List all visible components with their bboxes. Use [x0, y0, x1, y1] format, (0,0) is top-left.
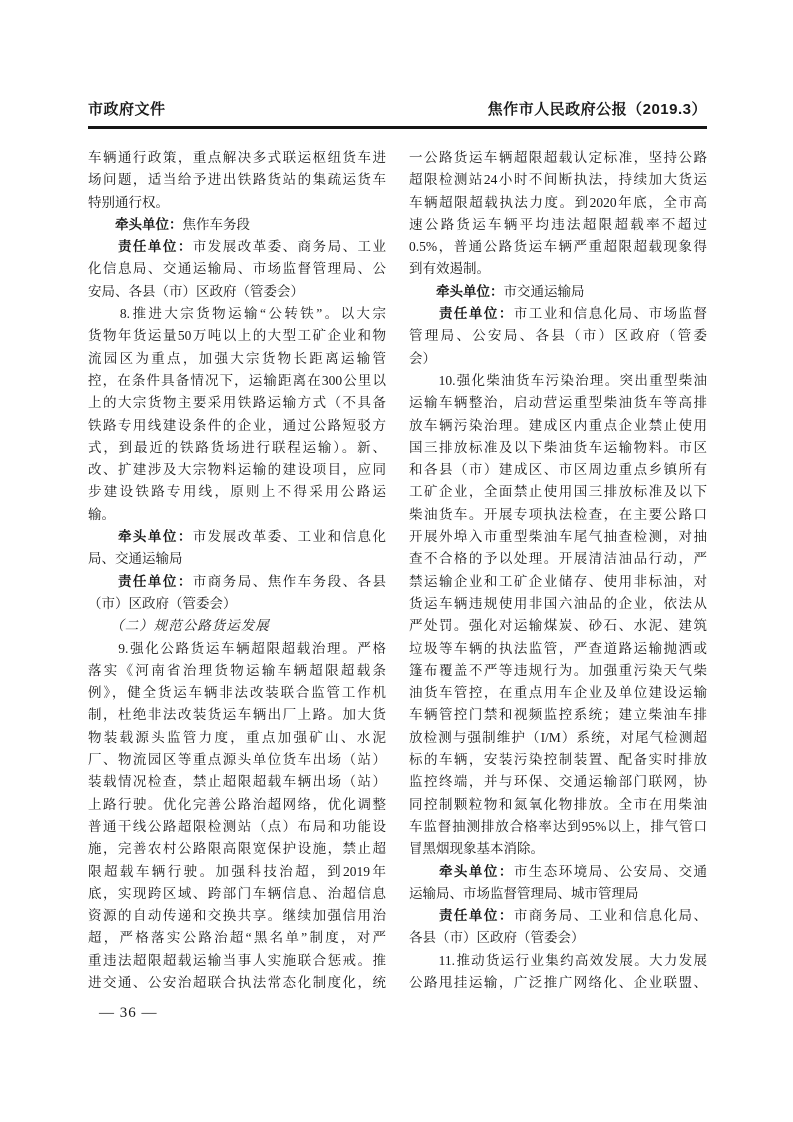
text-line: 式，到最近的铁路货场进行联程运输）。新、 — [88, 437, 386, 459]
text-line: 化信息局、交通运输局、市场监督管理局、公 — [88, 258, 386, 280]
text-line: 冒黑烟现象基本消除。 — [409, 838, 707, 860]
line-text: 市发展改革委、商务局、工业 — [193, 239, 386, 254]
text-line: 车辆超限超载执法力度。到2020年底，全市高 — [409, 192, 707, 214]
text-line: 限超载车辆行驶。加强科技治超，到2019年 — [88, 861, 386, 883]
org-label: 责任单位： — [409, 306, 514, 321]
text-line: 输。 — [88, 504, 386, 526]
text-line: 超限检测站24小时不间断执法，持续加大货运 — [409, 169, 707, 191]
line-text: 市生态环境局、公安局、交通 — [514, 864, 707, 879]
text-line: 各县（市）区政府（管委会） — [409, 927, 707, 949]
text-line: 底，实现跨区域、跨部门车辆信息、治超信息 — [88, 883, 386, 905]
org-label: 牵头单位： — [409, 284, 504, 299]
line-text: 市商务局、焦作车务段、各县 — [193, 574, 386, 589]
text-line: 车辆管控门禁和视频监控系统；建立柴油车排 — [409, 704, 707, 726]
text-line: 牵头单位：市发展改革委、工业和信息化 — [88, 526, 386, 548]
text-line: 和各县（市）建成区、市区周边重点乡镇所有 — [409, 459, 707, 481]
text-line: 开展外埠入市重型柴油车尾气抽查检测，对抽 — [409, 526, 707, 548]
org-label: 牵头单位： — [88, 529, 193, 544]
text-line: 厂、物流园区等重点源头单位货车出场（站） — [88, 749, 386, 771]
text-line: 责任单位：市工业和信息化局、市场监督 — [409, 303, 707, 325]
org-label: 责任单位： — [88, 574, 193, 589]
org-label: 牵头单位： — [409, 864, 514, 879]
text-line: 速公路货运车辆平均违法超限超载率不超过 — [409, 214, 707, 236]
text-line: （市）区政府（管委会） — [88, 593, 386, 615]
text-line: 标的车辆，安装污染控制装置、配备实时排放 — [409, 749, 707, 771]
gazette-page: 市政府文件 焦作市人民政府公报（2019.3） 车辆通行政策，重点解决多式联运枢… — [0, 0, 793, 1122]
text-line: 例》，健全货运车辆非法改装联合监管工作机 — [88, 682, 386, 704]
text-line: 上的大宗货物主要采用铁路运输方式（不具备 — [88, 392, 386, 414]
text-line: 油货车管控，在重点用车企业及单位建设运输 — [409, 682, 707, 704]
text-line: 牵头单位：市生态环境局、公安局、交通 — [409, 861, 707, 883]
text-line: 垃圾等车辆的执法监管，严查道路运输抛洒或 — [409, 638, 707, 660]
text-line: 篷布覆盖不严等违规行为。加强重污染天气柴 — [409, 660, 707, 682]
left-column: 车辆通行政策，重点解决多式联运枢纽货车进场问题，适当给予进出铁路货站的集疏运货车… — [88, 147, 386, 994]
text-line: 物装载源头监管力度，重点加强矿山、水泥 — [88, 727, 386, 749]
org-label: 责任单位： — [88, 239, 193, 254]
text-line: 会） — [409, 348, 707, 370]
text-line: 9.强化公路货运车辆超限超载治理。严格 — [88, 638, 386, 660]
text-line: 柴油货车。开展专项执法检查，在主要公路口 — [409, 504, 707, 526]
text-line: 施，完善农村公路限高限宽保护设施，禁止超 — [88, 838, 386, 860]
text-line: 上路行驶。优化完善公路治超网络，优化调整 — [88, 794, 386, 816]
text-line: 货运车辆违规使用非国六油品的企业，依法从 — [409, 593, 707, 615]
text-line: 严处罚。强化对运输煤炭、砂石、水泥、建筑 — [409, 615, 707, 637]
text-line: 管理局、公安局、各县（市）区政府（管委 — [409, 325, 707, 347]
text-line: 0.5%，普通公路货运车辆严重超限超载现象得 — [409, 236, 707, 258]
text-line: 车辆通行政策，重点解决多式联运枢纽货车进 — [88, 147, 386, 169]
text-line: 责任单位：市商务局、工业和信息化局、 — [409, 905, 707, 927]
text-line: 国三排放标准及以下柴油货车运输物料。市区 — [409, 437, 707, 459]
section-heading-line: （二）规范公路货运发展 — [88, 615, 386, 637]
line-text: 市工业和信息化局、市场监督 — [514, 306, 707, 321]
text-line: 一公路货运车辆超限超载认定标准，坚持公路 — [409, 147, 707, 169]
text-line: 到有效遏制。 — [409, 258, 707, 280]
text-line: 落实《河南省治理货物运输车辆超限超载条 — [88, 660, 386, 682]
text-line: 普通干线公路超限检测站（点）布局和功能设 — [88, 816, 386, 838]
text-line: 资源的自动传递和交换共享。继续加强信用治 — [88, 905, 386, 927]
text-line: 查不合格的予以处理。开展清洁油品行动，严 — [409, 548, 707, 570]
text-line: 牵头单位：焦作车务段 — [88, 214, 386, 236]
text-line: 运输局、市场监督管理局、城市管理局 — [409, 883, 707, 905]
text-line: 公路甩挂运输，广泛推广网络化、企业联盟、 — [409, 972, 707, 994]
text-line: 流园区为重点，加强大宗货物长距离运输管 — [88, 348, 386, 370]
text-line: 控，在条件具备情况下，运输距离在300公里以 — [88, 370, 386, 392]
org-label: 责任单位： — [409, 908, 514, 923]
text-line: 装载情况检查，禁止超限超载车辆出场（站） — [88, 771, 386, 793]
text-line: 运输车辆整治，启动营运重型柴油货车等高排 — [409, 392, 707, 414]
text-line: 11.推动货运行业集约高效发展。大力发展 — [409, 950, 707, 972]
text-line: 场问题，适当给予进出铁路货站的集疏运货车 — [88, 169, 386, 191]
text-line: 改、扩建涉及大宗物料运输的建设项目，应同 — [88, 459, 386, 481]
gazette-title: 焦作市人民政府公报（2019.3） — [488, 98, 707, 119]
document-category-label: 市政府文件 — [88, 98, 166, 119]
text-line: 8.推进大宗货物运输“公转铁”。以大宗 — [88, 303, 386, 325]
text-line: 监控终端，并与环保、交通运输部门联网，协 — [409, 771, 707, 793]
line-text: 市交通运输局 — [504, 284, 585, 299]
text-line: 铁路专用线建设条件的企业，通过公路短驳方 — [88, 415, 386, 437]
text-line: 制，杜绝非法改装货运车辆出厂上路。加大货 — [88, 704, 386, 726]
page-number: — 36 — — [99, 1005, 158, 1022]
line-text: 市发展改革委、工业和信息化 — [193, 529, 386, 544]
text-line: 进交通、公安治超联合执法常态化制度化，统 — [88, 972, 386, 994]
text-line: 货物年货运量50万吨以上的大型工矿企业和物 — [88, 325, 386, 347]
text-line: 安局、各县（市）区政府（管委会） — [88, 281, 386, 303]
right-column: 一公路货运车辆超限超载认定标准，坚持公路超限检测站24小时不间断执法，持续加大货… — [409, 147, 707, 994]
text-line: 责任单位：市商务局、焦作车务段、各县 — [88, 571, 386, 593]
text-line: 工矿企业，全面禁止使用国三排放标准及以下 — [409, 481, 707, 503]
text-line: 超，严格落实公路治超“黑名单”制度，对严 — [88, 927, 386, 949]
line-text: 焦作车务段 — [183, 217, 251, 232]
text-line: 局、交通运输局 — [88, 548, 386, 570]
text-line: 牵头单位：市交通运输局 — [409, 281, 707, 303]
text-line: 步建设铁路专用线，原则上不得采用公路运 — [88, 481, 386, 503]
text-line: 禁运输企业和工矿企业储存、使用非标油，对 — [409, 571, 707, 593]
text-line: 同控制颗粒物和氮氧化物排放。全市在用柴油 — [409, 794, 707, 816]
text-line: 重违法超限超载运输当事人实施联合惩戒。推 — [88, 950, 386, 972]
text-line: 放车辆污染治理。建成区内重点企业禁止使用 — [409, 415, 707, 437]
page-header: 市政府文件 焦作市人民政府公报（2019.3） — [88, 98, 707, 129]
org-label: 牵头单位： — [88, 217, 183, 232]
text-line: 车监督抽测排放合格率达到95%以上，排气管口 — [409, 816, 707, 838]
text-line: 责任单位：市发展改革委、商务局、工业 — [88, 236, 386, 258]
text-line: 放检测与强制维护（I/M）系统，对尾气检测超 — [409, 727, 707, 749]
text-line: 特别通行权。 — [88, 192, 386, 214]
line-text: 市商务局、工业和信息化局、 — [514, 908, 707, 923]
text-line: 10.强化柴油货车污染治理。突出重型柴油 — [409, 370, 707, 392]
document-body: 车辆通行政策，重点解决多式联运枢纽货车进场问题，适当给予进出铁路货站的集疏运货车… — [88, 147, 707, 994]
